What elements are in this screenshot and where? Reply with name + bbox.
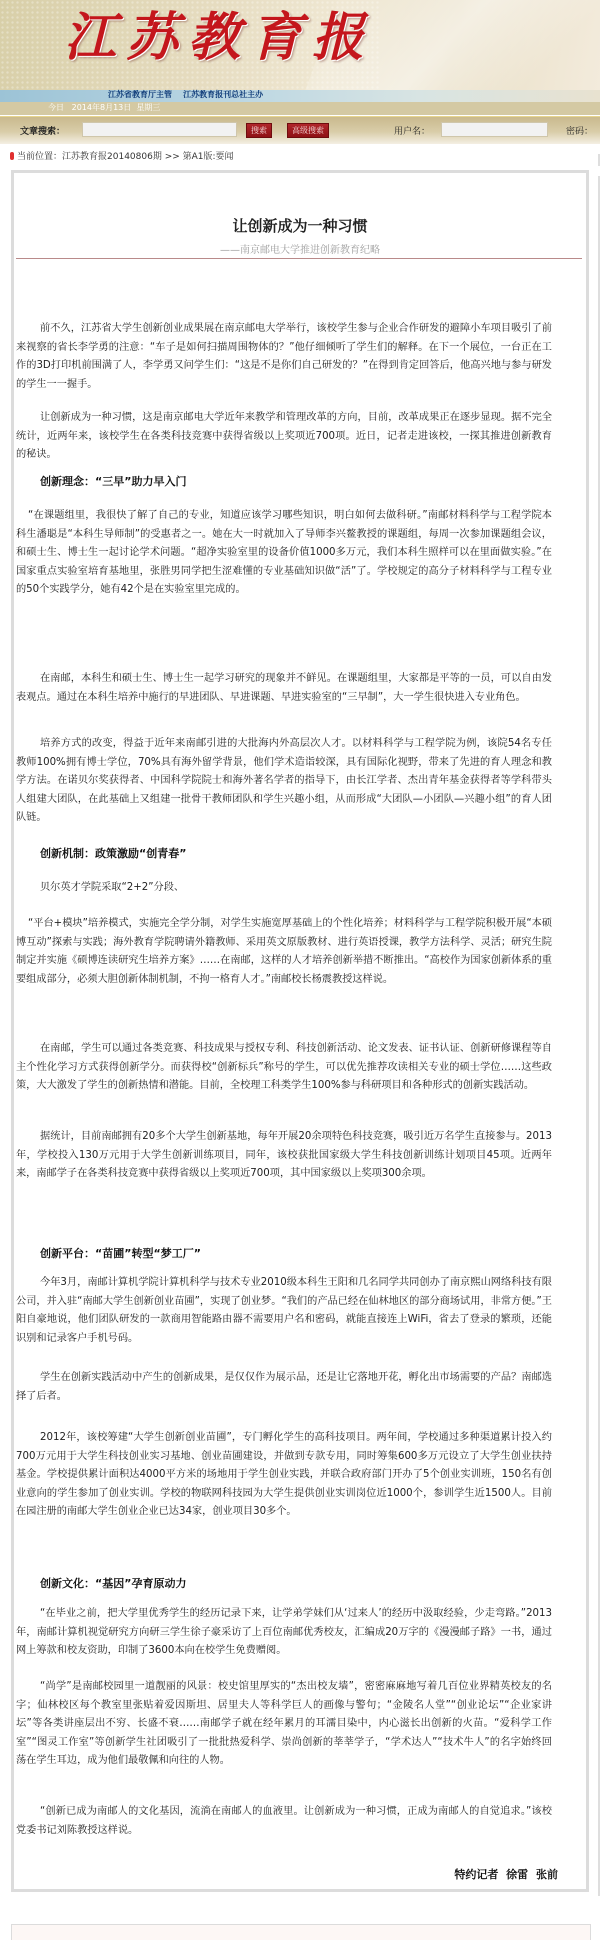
username-input[interactable] [441,122,548,137]
breadcrumb-page-link[interactable]: 第A1版:要闻 [183,152,234,162]
article-paragraph: “在毕业之前，把大学里优秀学生的经历记录下来，让学弟学妹们从‘过来人’的经历中汲… [16,1605,552,1661]
location-marker-icon [10,152,14,160]
article-paragraph: “在课题组里，我很快了解了自己的专业，知道应该学习哪些知识，明白如何去做科研。”… [16,507,552,600]
article-paragraph: 让创新成为一种习惯，这是南京邮电大学近年来教学和管理改革的方向，目前，改革成果正… [16,409,552,465]
advanced-search-button[interactable]: 高级搜索 [287,123,329,138]
article-paragraph: 在南邮，本科生和硕士生、博士生一起学习研究的现象并不鲜见。在课题组里，大家都是平… [16,670,552,707]
sponsor-text: 江苏省教育厅主管 江苏教育报刊总社主办 [108,89,263,100]
article-search-input[interactable] [82,122,237,137]
next-section-box [11,1924,591,1940]
password-label: 密码： [566,124,593,137]
title-divider [16,258,582,259]
section-heading: 创新平台：“苗圃”转型“梦工厂” [40,1245,201,1261]
article-paragraph: 据统计，目前南邮拥有20多个大学生创新基地，每年开展20余项特色科技竞赛，吸引近… [16,1128,552,1184]
newspaper-logo[interactable]: 江苏教育报 [64,8,374,68]
article-paragraph: 今年3月，南邮计算机学院计算机科学与技术专业2010级本科生王阳和几名同学共同创… [16,1274,552,1348]
date-bar: 今日 2014年8月13日 星期三 [0,102,600,115]
article-search-label: 文章搜索： [20,124,65,137]
article-paragraph: “平台+模块”培养模式，实施完全学分制，对学生实施宽厚基础上的个性化培养；材料科… [16,915,552,989]
search-button[interactable]: 搜索 [246,123,272,138]
breadcrumb: 当前位置：江苏教育报20140806期 >> 第A1版:要闻 [10,149,234,162]
section-heading: 创新机制：政策激励“创青春” [40,845,186,861]
article-paragraph: 培养方式的改变，得益于近年来南邮引进的大批海内外高层次人才。以材料科学与工程学院… [16,735,552,828]
article-subtitle: ——南京邮电大学推进创新教育纪略 [14,241,586,256]
article-container: 让创新成为一种习惯 ——南京邮电大学推进创新教育纪略 前不久，江苏省大学生创新创… [11,170,589,1892]
masthead-banner: 江苏教育报 [0,0,600,90]
section-heading: 创新理念：“三早”助力早入门 [40,473,186,489]
section-heading: 创新文化：“基因”孕育原动力 [40,1575,186,1591]
article-paragraph: 学生在创新实践活动中产生的创新成果，是仅仅作为展示品，还是让它落地开花，孵化出市… [16,1369,552,1406]
breadcrumb-issue-link[interactable]: 江苏教育报20140806期 [62,152,162,162]
username-label: 用户名： [394,124,430,137]
breadcrumb-prefix: 当前位置： [17,152,62,162]
article-paragraph: 在南邮，学生可以通过各类竞赛、科技成果与授权专利、科技创新活动、论文发表、证书认… [16,1040,552,1096]
search-login-bar: 文章搜索： 搜索 高级搜索 用户名： 密码： [0,116,600,144]
current-date: 今日 2014年8月13日 星期三 [48,102,160,113]
article-title: 让创新成为一种习惯 [14,215,586,236]
article-paragraph: “创新已成为南邮人的文化基因，流淌在南邮人的血液里。让创新成为一种习惯，正成为南… [16,1803,552,1840]
article-paragraph: 2012年，该校筹建“大学生创新创业苗圃”，专门孵化学生的高科技项目。两年间，学… [16,1429,552,1522]
article-byline: 特约记者 徐雷 张前 [454,1866,558,1882]
article-paragraph: 前不久，江苏省大学生创新创业成果展在南京邮电大学举行，该校学生参与企业合作研发的… [16,320,552,394]
article-paragraph: 贝尔英才学院采取“2+2”分段、 [16,879,552,898]
article-paragraph: “尚学”是南邮校园里一道靓丽的风景：校史馆里厚实的“杰出校友墙”，密密麻麻地写着… [16,1678,552,1771]
breadcrumb-separator: >> [162,152,183,162]
sponsor-bar: 江苏省教育厅主管 江苏教育报刊总社主办 [0,90,600,102]
